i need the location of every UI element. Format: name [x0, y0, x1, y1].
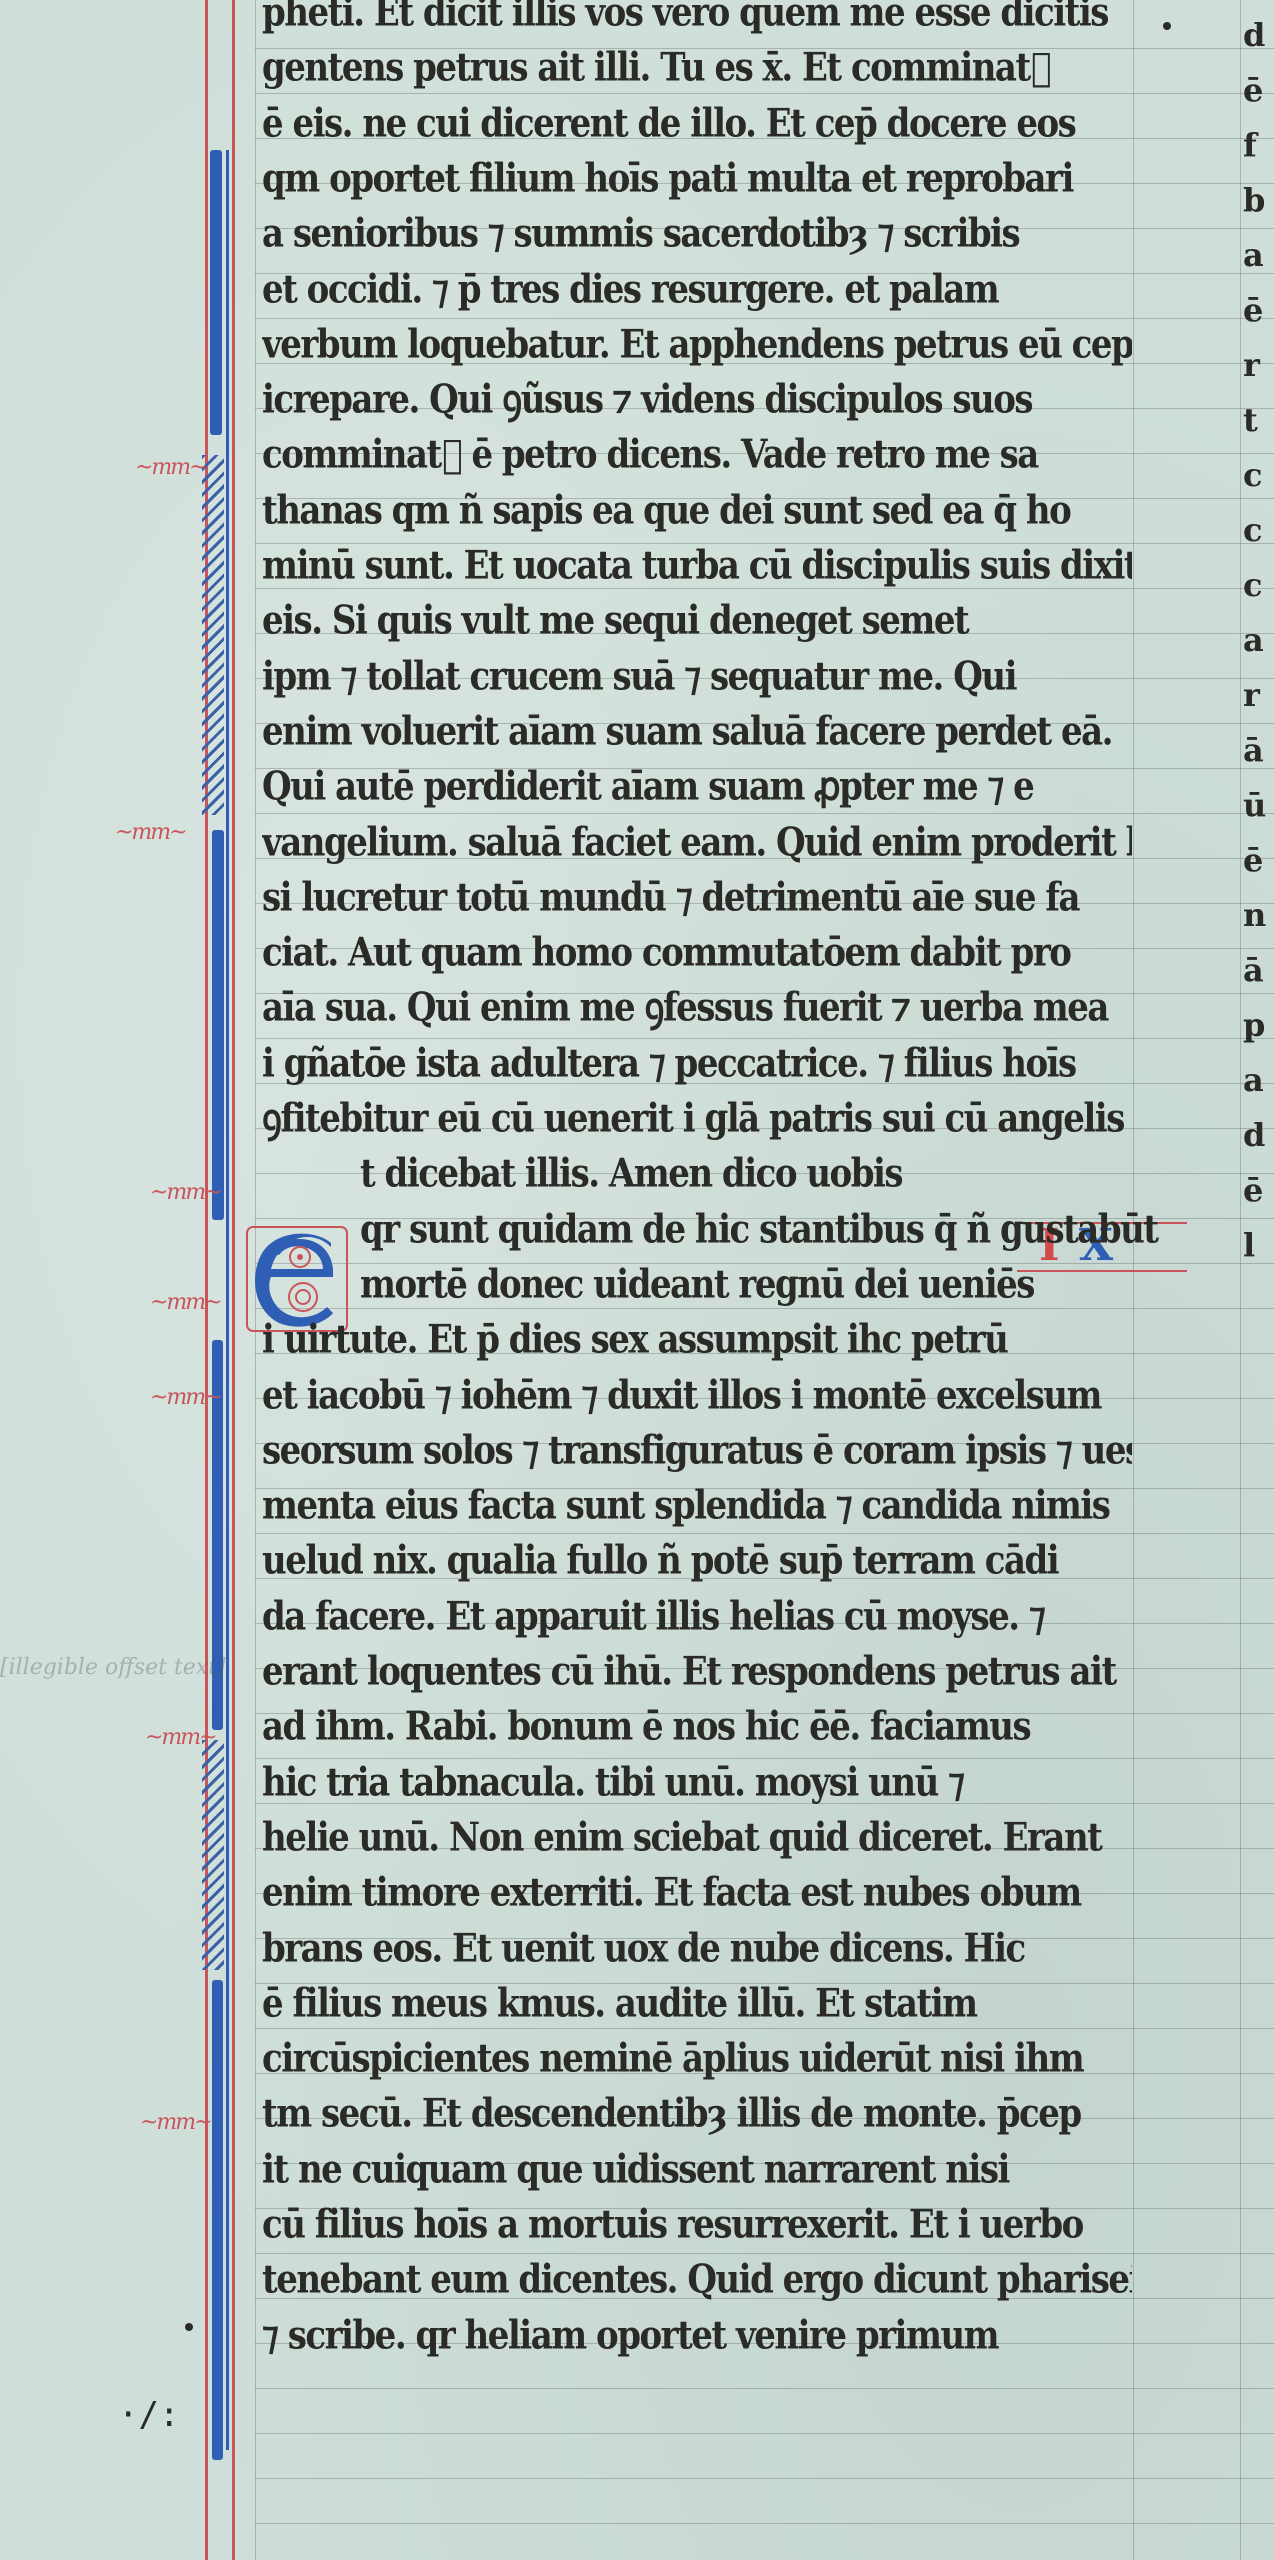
- text-line: ipm ⁊ tollat crucem suā ⁊ sequatur me. Q…: [262, 646, 1132, 708]
- right-column-letter: a: [1243, 1053, 1274, 1107]
- text-line: i uirtute. Et p̄ dies sex assumpsit ihc …: [262, 1309, 1132, 1371]
- text-line: et iacobū ⁊ iohēm ⁊ duxit illos i montē …: [262, 1364, 1132, 1426]
- right-column-letter: ē: [1243, 833, 1274, 887]
- right-column-letter: d: [1243, 8, 1274, 62]
- penwork-sprig: ~mm~: [150, 1290, 221, 1315]
- text-line: menta eius facta sunt splendida ⁊ candid…: [262, 1475, 1132, 1537]
- border-red-line-inner: [232, 0, 235, 2560]
- right-column-letter: ā: [1243, 943, 1274, 997]
- text-line: ē filius meus kmus. audite illū. Et stat…: [262, 1973, 1132, 2035]
- border-blue-stem-2: [212, 830, 224, 1220]
- text-line: i gñatōe ista adultera ⁊ peccatrice. ⁊ f…: [262, 1033, 1132, 1095]
- ink-dot: [185, 2323, 193, 2331]
- text-line: tenebant eum dicentes. Quid ergo dicunt …: [262, 2249, 1132, 2311]
- right-column-letter: d: [1243, 1108, 1274, 1162]
- text-line: ad ihm. Rabi. bonum ē nos hic ēē. faciam…: [262, 1696, 1132, 1758]
- text-line: it ne cuiquam que uidissent narrarent ni…: [262, 2139, 1132, 2201]
- faint-offset-text: [illegible offset text]: [0, 1655, 226, 1680]
- text-line: seorsum solos ⁊ transfiguratus ē coram i…: [262, 1420, 1132, 1482]
- text-line: helie unū. Non enim sciebat quid diceret…: [262, 1807, 1132, 1869]
- right-column-letter: ā: [1243, 723, 1274, 777]
- text-line: aīa sua. Qui enim me ꝯfessus fuerit ⁊ ue…: [262, 977, 1132, 1039]
- right-column-letter: c: [1243, 448, 1274, 502]
- text-line: Qui autē perdiderit aīam suam ꝓpter me ⁊…: [262, 756, 1132, 818]
- right-column-letter: l: [1243, 1218, 1274, 1272]
- text-line: comminat᷒ ē petro dicens. Vade retro me …: [262, 424, 1132, 486]
- right-column-letter: ē: [1243, 1163, 1274, 1217]
- text-line: vangelium. saluā faciet eam. Quid enim p…: [262, 811, 1132, 873]
- text-line: thanas qm ñ sapis ea que dei sunt sed ea…: [262, 480, 1132, 542]
- border-blue-stem-1: [210, 150, 222, 435]
- right-column-letter: p: [1243, 998, 1274, 1052]
- right-column-letter: b: [1243, 173, 1274, 227]
- text-line: brans eos. Et uenit uox de nube dicens. …: [262, 1917, 1132, 1979]
- text-line: eis. Si quis vult me sequi deneget semet: [262, 590, 1132, 652]
- text-line: ⁊ scribe. qr heliam oportet venire primu…: [262, 2305, 1132, 2367]
- right-column-letter: ē: [1243, 63, 1274, 117]
- text-line: minū sunt. Et uocata turba cū discipulis…: [262, 535, 1132, 597]
- text-line: a senioribus ⁊ summis sacerdotibȝ ⁊ scri…: [262, 203, 1132, 265]
- penwork-sprig: ~mm~: [145, 1725, 216, 1750]
- right-column-letter: ū: [1243, 778, 1274, 832]
- border-red-line-outer: [205, 0, 208, 2560]
- text-line: et occidi. ⁊ p̄ tres dies resurgere. et …: [262, 258, 1132, 320]
- column-bound-right-2: [1240, 0, 1241, 2560]
- ink-dot: [1163, 22, 1171, 30]
- text-line: erant loquentes cū ihū. Et respondens pe…: [262, 1641, 1132, 1703]
- text-line: t dicebat illis. Amen dico uobis: [360, 1143, 1230, 1205]
- right-column-letter: a: [1243, 228, 1274, 282]
- margin-correction-mark: ·/:: [118, 2395, 179, 2435]
- ruling-line: [255, 2388, 1274, 2389]
- text-line: enim voluerit aīam suam saluā facere per…: [262, 701, 1132, 763]
- text-line: icrepare. Qui ꝯũsus ⁊ videns discipulos …: [262, 369, 1132, 431]
- right-column-letter: r: [1243, 338, 1274, 392]
- right-column-letter: c: [1243, 503, 1274, 557]
- text-line: enim timore exterriti. Et facta est nube…: [262, 1862, 1132, 1924]
- text-line: tm secū. Et descendentibȝ illis de monte…: [262, 2083, 1132, 2145]
- text-line: si lucretur totū mundū ⁊ detrimentū aīe …: [262, 867, 1132, 929]
- right-column-letter: a: [1243, 613, 1274, 667]
- right-column-letter: c: [1243, 558, 1274, 612]
- text-line: verbum loquebatur. Et apphendens petrus …: [262, 314, 1132, 376]
- penwork-sprig: ~mm~: [150, 1180, 221, 1205]
- right-column-letter: ē: [1243, 283, 1274, 337]
- penwork-sprig: ~mm~: [140, 2110, 211, 2135]
- text-line: gentens petrus ait illi. Tu es x̄. Et co…: [262, 37, 1132, 99]
- text-line: hic tria tabnacula. tibi unū. moysi unū …: [262, 1752, 1132, 1814]
- border-blue-thin: [226, 150, 229, 2450]
- ruling-line: [255, 2478, 1274, 2479]
- text-line: ciat. Aut quam homo commutatōem dabit pr…: [262, 922, 1132, 984]
- text-line: cū filius hoīs a mortuis resurrexerit. E…: [262, 2194, 1132, 2256]
- penwork-sprig: ~mm~: [150, 1385, 221, 1410]
- penwork-sprig: ~mm~: [135, 455, 206, 480]
- text-line: qm oportet filium hoīs pati multa et rep…: [262, 148, 1132, 210]
- right-column-letter: n: [1243, 888, 1274, 942]
- border-blue-stem-4: [212, 1980, 223, 2460]
- text-line: ꝯfitebitur eū cū uenerit i glā patris su…: [262, 1088, 1132, 1150]
- text-line: mortē donec uideant regnū dei ueniēs: [360, 1254, 1230, 1316]
- border-hatching-1: [202, 455, 224, 815]
- text-line: circūspicientes neminē āplius uiderūt ni…: [262, 2028, 1132, 2090]
- ruling-line: [255, 2433, 1274, 2434]
- text-line: qr sunt quidam de hic stantibus q̄ ñ gus…: [360, 1199, 1230, 1261]
- right-column-letter: t: [1243, 393, 1274, 447]
- penwork-sprig: ~mm~: [115, 820, 186, 845]
- ruling-line: [255, 2523, 1274, 2524]
- text-line: da facere. Et apparuit illis helias cū m…: [262, 1586, 1132, 1648]
- text-line: ē eis. ne cui dicerent de illo. Et cep̄ …: [262, 93, 1132, 155]
- border-hatching-2: [202, 1740, 224, 1970]
- right-column-letter: f: [1243, 118, 1274, 172]
- text-line: uelud nix. qualia fullo ñ potē sup̄ terr…: [262, 1530, 1132, 1592]
- right-column-letter: r: [1243, 668, 1274, 722]
